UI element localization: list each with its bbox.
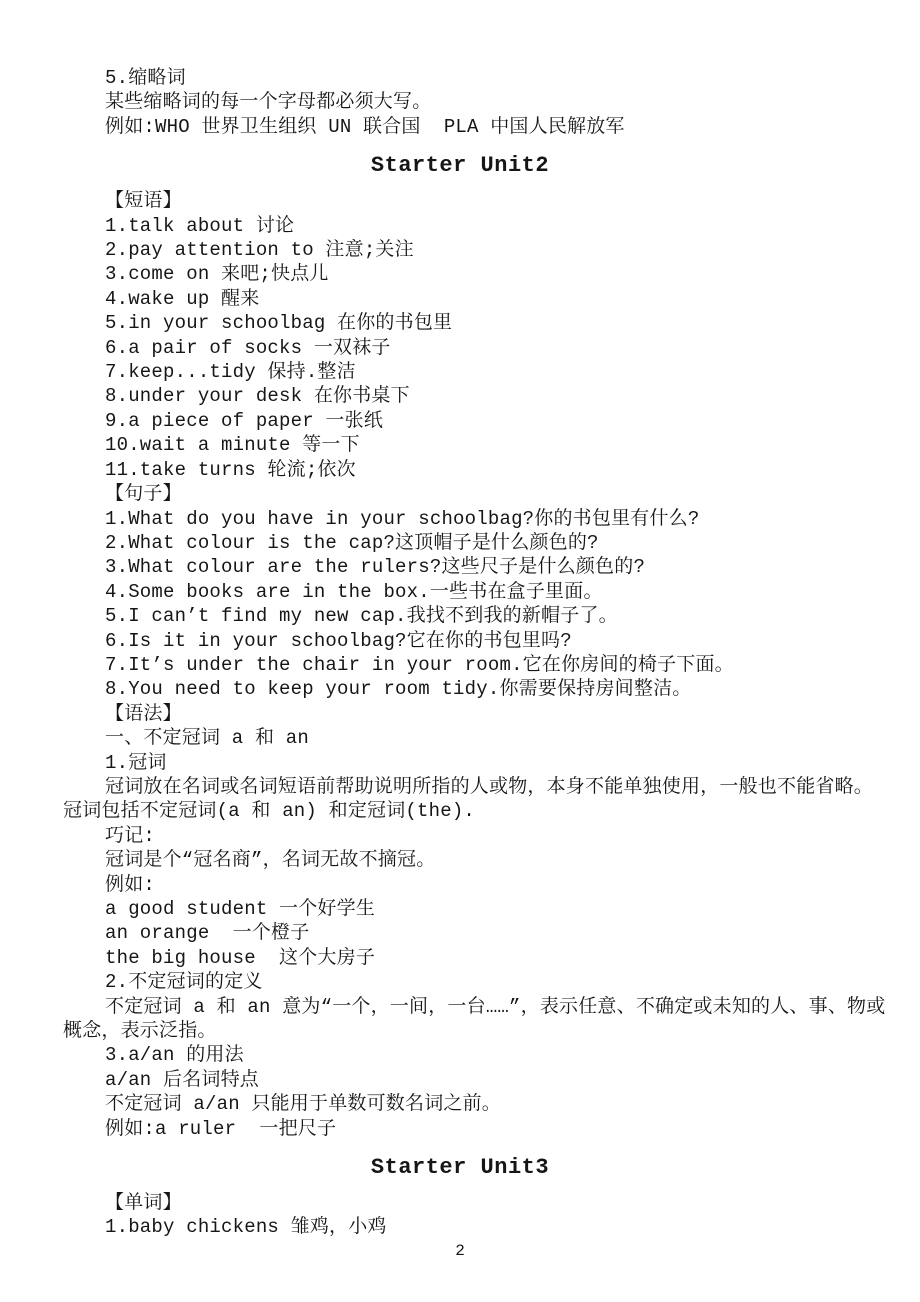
text-line: 冠词放在名词或名词短语前帮助说明所指的人或物，本身不能单独使用，一般也不能省略。: [63, 775, 857, 799]
text-line: 某些缩略词的每一个字母都必须大写。: [63, 90, 857, 114]
text-line: 一、不定冠词 a 和 an: [63, 726, 857, 750]
text-line: 11.take turns 轮流;依次: [63, 458, 857, 482]
text-line: 4.Some books are in the box.一些书在盒子里面。: [63, 580, 857, 604]
text-line: 1.baby chickens 雏鸡，小鸡: [63, 1215, 857, 1239]
unit-title: Starter Unit3: [63, 1153, 857, 1183]
text-line: 2.pay attention to 注意;关注: [63, 238, 857, 262]
text-line: 10.wait a minute 等一下: [63, 433, 857, 457]
text-line: 例如:a ruler 一把尺子: [63, 1117, 857, 1141]
text-line: 3.a/an 的用法: [63, 1043, 857, 1067]
text-line: 【单词】: [63, 1191, 857, 1215]
text-line: 【句子】: [63, 482, 857, 506]
text-line: 2.不定冠词的定义: [63, 970, 857, 994]
text-line: 【语法】: [63, 702, 857, 726]
text-line: 例如:WHO 世界卫生组织 UN 联合国 PLA 中国人民解放军: [63, 115, 857, 139]
text-line: 3.What colour are the rulers?这些尺子是什么颜色的?: [63, 555, 857, 579]
text-line: 8.You need to keep your room tidy.你需要保持房…: [63, 677, 857, 701]
text-line: 不定冠词 a/an 只能用于单数可数名词之前。: [63, 1092, 857, 1116]
text-line: 6.Is it in your schoolbag?它在你的书包里吗?: [63, 629, 857, 653]
text-line: 巧记:: [63, 824, 857, 848]
text-line: 3.come on 来吧;快点儿: [63, 262, 857, 286]
document-body: 5.缩略词某些缩略词的每一个字母都必须大写。例如:WHO 世界卫生组织 UN 联…: [63, 0, 857, 1240]
document-page: 5.缩略词某些缩略词的每一个字母都必须大写。例如:WHO 世界卫生组织 UN 联…: [0, 0, 920, 1302]
text-line: 5.in your schoolbag 在你的书包里: [63, 311, 857, 335]
text-line: 【短语】: [63, 189, 857, 213]
text-line: a/an 后名词特点: [63, 1068, 857, 1092]
text-line: 5.缩略词: [63, 66, 857, 90]
text-line: 冠词是个“冠名商”，名词无故不摘冠。: [63, 848, 857, 872]
text-line: 7.keep...tidy 保持.整洁: [63, 360, 857, 384]
text-line: 2.What colour is the cap?这顶帽子是什么颜色的?: [63, 531, 857, 555]
unit-title: Starter Unit2: [63, 151, 857, 181]
text-line: 4.wake up 醒来: [63, 287, 857, 311]
text-line: 冠词包括不定冠词(a 和 an) 和定冠词(the).: [63, 799, 857, 823]
page-number: 2: [455, 1242, 465, 1260]
text-line: 9.a piece of paper 一张纸: [63, 409, 857, 433]
page-footer: 2: [63, 1241, 857, 1261]
text-line: 概念，表示泛指。: [63, 1019, 857, 1043]
text-line: 6.a pair of socks 一双袜子: [63, 336, 857, 360]
text-line: 例如:: [63, 873, 857, 897]
text-line: an orange 一个橙子: [63, 921, 857, 945]
text-line: a good student 一个好学生: [63, 897, 857, 921]
text-line: the big house 这个大房子: [63, 946, 857, 970]
text-line: 不定冠词 a 和 an 意为“一个，一间，一台……”，表示任意、不确定或未知的人…: [63, 995, 857, 1019]
text-line: 1.冠词: [63, 751, 857, 775]
text-line: 8.under your desk 在你书桌下: [63, 384, 857, 408]
text-line: 5.I can’t find my new cap.我找不到我的新帽子了。: [63, 604, 857, 628]
text-line: 1.talk about 讨论: [63, 214, 857, 238]
text-line: 1.What do you have in your schoolbag?你的书…: [63, 507, 857, 531]
text-line: 7.It’s under the chair in your room.它在你房…: [63, 653, 857, 677]
